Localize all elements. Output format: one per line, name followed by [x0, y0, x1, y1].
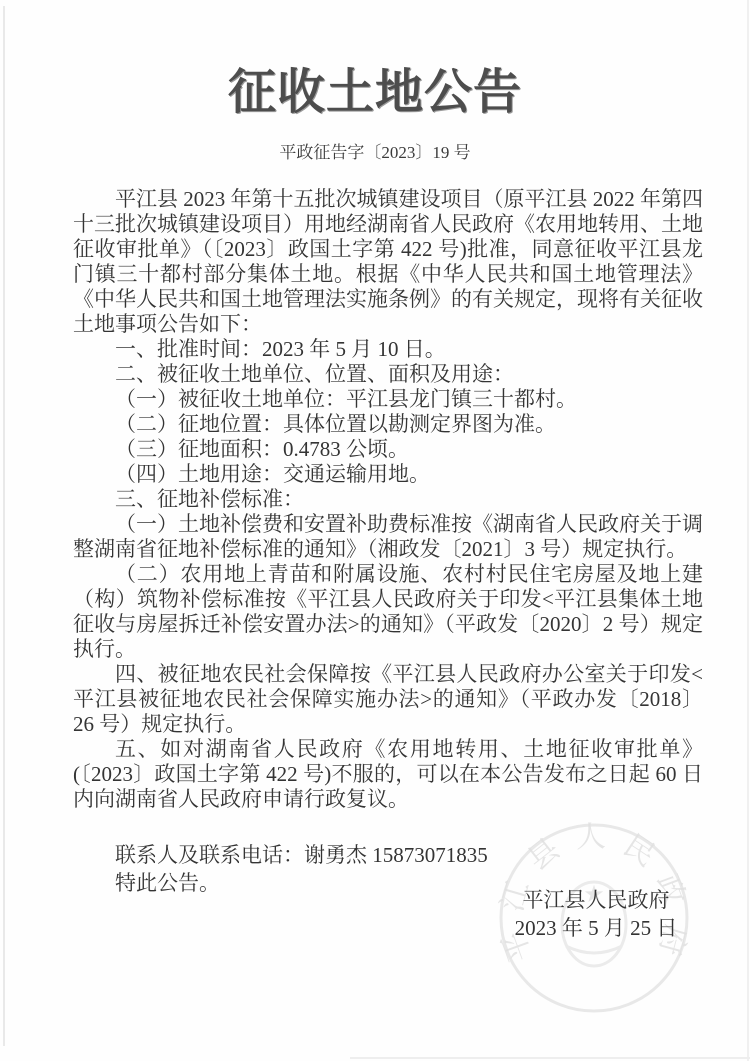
body-paragraph: 平江县 2023 年第十五批次城镇建设项目（原平江县 2022 年第四十三批次城…: [73, 187, 703, 337]
signature-block: 平江县人民政府 2023 年 5 月 25 日: [468, 886, 724, 942]
body-paragraph: （四）土地用途：交通运输用地。: [73, 462, 703, 487]
announcement-body: 平江县 2023 年第十五批次城镇建设项目（原平江县 2022 年第四十三批次城…: [73, 187, 703, 897]
document-number: 平政征告字〔2023〕19 号: [0, 141, 750, 165]
body-paragraph: 五、如对湖南省人民政府《农用地转用、土地征收审批单》(〔2023〕政国土字第 4…: [73, 737, 703, 812]
body-paragraph: 一、批准时间：2023 年 5 月 10 日。: [73, 337, 703, 362]
signature-issuer: 平江县人民政府: [468, 886, 724, 914]
body-paragraph: （一）被征收土地单位：平江县龙门镇三十都村。: [73, 387, 703, 412]
scan-edge-bottom: [350, 1057, 750, 1059]
body-paragraph: （一）土地补偿费和安置补助费标准按《湖南省人民政府关于调整湖南省征地补偿标准的通…: [73, 512, 703, 562]
body-paragraph: 三、征地补偿标准：: [73, 487, 703, 512]
paragraph-list: 平江县 2023 年第十五批次城镇建设项目（原平江县 2022 年第四十三批次城…: [73, 187, 703, 812]
body-paragraph: 二、被征收土地单位、位置、面积及用途：: [73, 362, 703, 387]
signature-date: 2023 年 5 月 25 日: [468, 914, 724, 942]
body-paragraph: 四、被征地农民社会保障按《平江县人民政府办公室关于印发<平江县被征地农民社会保障…: [73, 662, 703, 737]
document-title: 征收土地公告: [0, 62, 750, 124]
announcement-page: 征收土地公告 平政征告字〔2023〕19 号 平江县 2023 年第十五批次城镇…: [0, 0, 750, 1061]
body-paragraph: （三）征地面积：0.4783 公顷。: [73, 437, 703, 462]
body-paragraph: （二）农用地上青苗和附属设施、农村村民住宅房屋及地上建（构）筑物补偿标准按《平江…: [73, 562, 703, 662]
body-paragraph: （二）征地位置：具体位置以勘测定界图为准。: [73, 412, 703, 437]
